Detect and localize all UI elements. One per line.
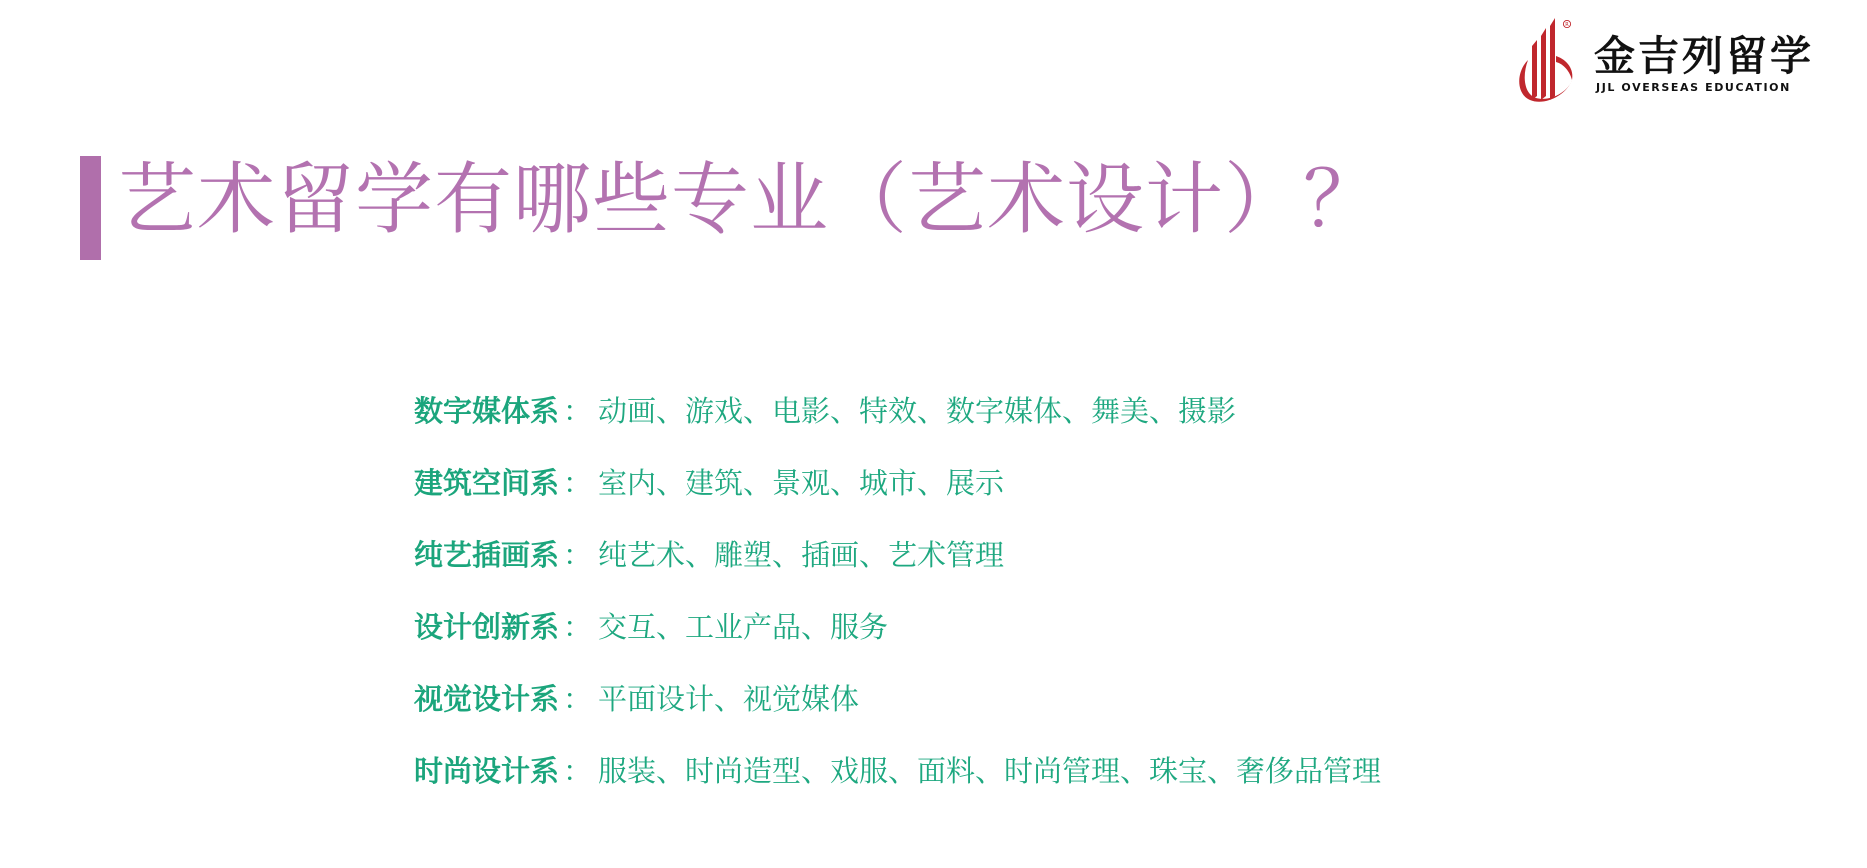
major-separator: ： <box>559 754 598 788</box>
major-subjects: 动画、游戏、电影、特效、数字媒体、舞美、摄影 <box>598 394 1236 428</box>
major-category: 纯艺插画系 <box>414 538 559 572</box>
title-accent-bar <box>80 156 101 260</box>
major-category: 建筑空间系 <box>414 466 559 500</box>
major-subjects: 平面设计、视觉媒体 <box>598 682 859 716</box>
brand-logo: R 金吉列留学 JJL OVERSEAS EDUCATION <box>1516 14 1836 104</box>
major-separator: ： <box>559 682 598 716</box>
major-separator: ： <box>559 394 598 428</box>
major-category: 数字媒体系 <box>414 394 559 428</box>
major-subjects: 室内、建筑、景观、城市、展示 <box>598 466 1004 500</box>
major-row-visual-design: 视觉设计系：平面设计、视觉媒体 <box>414 676 1381 748</box>
major-subjects: 交互、工业产品、服务 <box>598 610 888 644</box>
major-row-fashion-design: 时尚设计系：服装、时尚造型、戏服、面料、时尚管理、珠宝、奢侈品管理 <box>414 748 1381 820</box>
major-row-architecture-space: 建筑空间系：室内、建筑、景观、城市、展示 <box>414 460 1381 532</box>
logo-chinese-name: 金吉列留学 <box>1594 34 1814 78</box>
major-separator: ： <box>559 538 598 572</box>
major-category: 视觉设计系 <box>414 682 559 716</box>
logo-mark-icon: R <box>1516 16 1580 102</box>
major-category: 设计创新系 <box>414 610 559 644</box>
logo-english-name: JJL OVERSEAS EDUCATION <box>1596 82 1791 94</box>
svg-text:R: R <box>1565 22 1569 28</box>
majors-list: 数字媒体系：动画、游戏、电影、特效、数字媒体、舞美、摄影 建筑空间系：室内、建筑… <box>414 388 1381 820</box>
major-subjects: 服装、时尚造型、戏服、面料、时尚管理、珠宝、奢侈品管理 <box>598 754 1381 788</box>
major-separator: ： <box>559 610 598 644</box>
page-title: 艺术留学有哪些专业（艺术设计）？ <box>118 152 1382 248</box>
major-separator: ： <box>559 466 598 500</box>
major-row-fine-art-illustration: 纯艺插画系：纯艺术、雕塑、插画、艺术管理 <box>414 532 1381 604</box>
major-row-design-innovation: 设计创新系：交互、工业产品、服务 <box>414 604 1381 676</box>
major-category: 时尚设计系 <box>414 754 559 788</box>
major-row-digital-media: 数字媒体系：动画、游戏、电影、特效、数字媒体、舞美、摄影 <box>414 388 1381 460</box>
major-subjects: 纯艺术、雕塑、插画、艺术管理 <box>598 538 1004 572</box>
